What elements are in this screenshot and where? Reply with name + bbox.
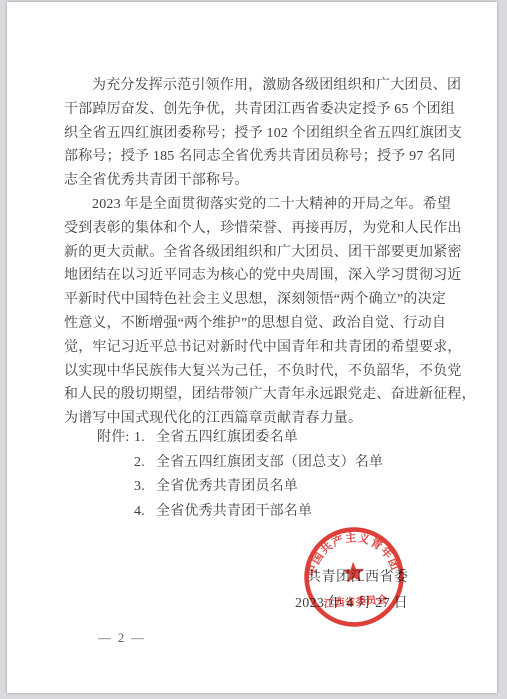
- body-line: 以实现中华民族伟大复兴为己任，不负时代，不负韶华，不负党: [64, 360, 449, 384]
- body-line: 受到表彰的集体和个人，珍惜荣誉、再接再厉，为党和人民作出: [64, 217, 449, 241]
- star-icon: [342, 561, 365, 583]
- document-body: 为充分发挥示范引领作用，激励各级团组织和广大团员、团 干部踔厉奋发、创先争优，共…: [64, 74, 449, 431]
- body-line: 为充分发挥示范引领作用，激励各级团组织和广大团员、团: [64, 74, 449, 98]
- attachment-title: 全省优秀共青团干部名单: [156, 500, 312, 520]
- body-line: 和人民的殷切期望，团结带领广大青年永远跟党走、奋进新征程，: [64, 383, 449, 407]
- attachment-number: 1.: [134, 430, 156, 446]
- body-line: 新的更大贡献。全省各级团组织和广大团员、团干部要更加紧密: [64, 241, 449, 265]
- body-line: 2023 年是全面贯彻落实党的二十大精神的开局之年。希望: [64, 193, 449, 217]
- attachment-title: 全省五四红旗团委名单: [156, 426, 298, 446]
- attachment-item: 2. 全省五四红旗团支部（团总支）名单: [97, 451, 383, 476]
- body-line: 平新时代中国特色社会主义思想，深刻领悟“两个确立”的决定: [64, 288, 449, 312]
- body-line: 织全省五四红旗团委称号；授予 102 个团组织全省五四红旗团支: [64, 122, 449, 146]
- body-line: 性意义，不断增强“两个维护”的思想自觉、政治自觉、行动自: [64, 312, 449, 336]
- attachment-number: 3.: [134, 479, 156, 495]
- attachment-number: 4.: [134, 504, 156, 520]
- attachment-item: 附件: 1. 全省五四红旗团委名单: [97, 426, 383, 451]
- attachments-list: 附件: 1. 全省五四红旗团委名单 2. 全省五四红旗团支部（团总支）名单 3.…: [97, 426, 383, 524]
- official-seal-graphic: 中国共产主义青年团 江西省委员会: [300, 523, 409, 632]
- body-line: 干部踔厉奋发、创先争优，共青团江西省委决定授予 65 个团组: [64, 98, 449, 122]
- official-seal: 中国共产主义青年团 江西省委员会: [300, 523, 409, 632]
- body-line: 觉，牢记习近平总书记对新时代中国青年和共青团的希望要求，: [64, 336, 449, 360]
- document-page: 为充分发挥示范引领作用，激励各级团组织和广大团员、团 干部踔厉奋发、创先争优，共…: [7, 2, 497, 693]
- scanned-document-view: 为充分发挥示范引领作用，激励各级团组织和广大团员、团 干部踔厉奋发、创先争优，共…: [0, 0, 507, 699]
- attachments-label: 附件:: [97, 426, 134, 446]
- body-line: 地团结在以习近平同志为核心的党中央周围，深入学习贯彻习近: [64, 264, 449, 288]
- seal-name-text: 江西省委员会: [322, 593, 388, 611]
- attachment-item: 4. 全省优秀共青团干部名单: [97, 500, 383, 525]
- attachment-number: 2.: [134, 455, 156, 471]
- body-line: 部称号；授予 185 名同志全省优秀共青团员称号；授予 97 名同: [64, 145, 449, 169]
- body-line: 志全省优秀共青团干部称号。: [64, 169, 449, 193]
- attachment-item: 3. 全省优秀共青团员名单: [97, 475, 383, 500]
- page-number: — 2 —: [67, 631, 177, 646]
- attachment-title: 全省五四红旗团支部（团总支）名单: [156, 451, 383, 471]
- attachment-title: 全省优秀共青团员名单: [156, 475, 298, 495]
